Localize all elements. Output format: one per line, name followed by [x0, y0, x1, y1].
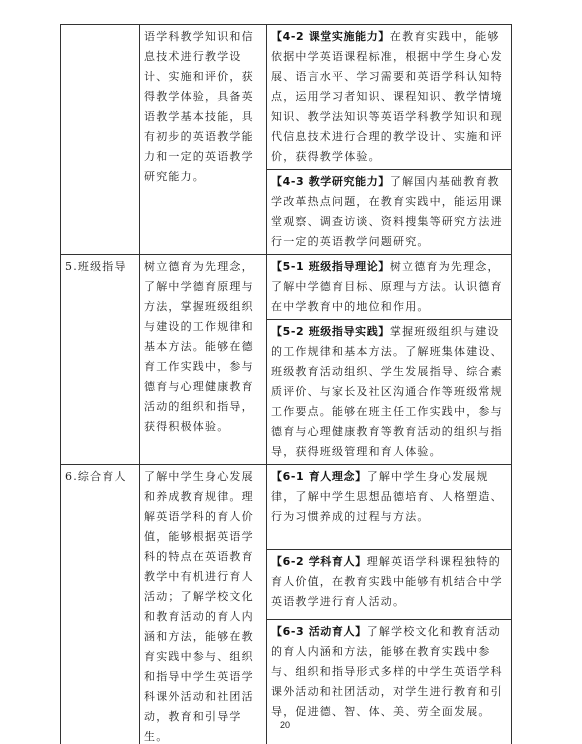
indicator-cell: 【5-1 班级指导理论】树立德育为先理念，了解中学德育目标、原理与方法。认识德育… [267, 255, 512, 320]
indicator-text: 了解学校文化和教育活动的育人内涵和方法，能够在教育实践中参与、组织和指导形式多样… [271, 625, 503, 718]
indicator-tag: 【4-2 课堂实施能力】 [271, 30, 390, 43]
requirement-cell: 了解中学生身心发展和养成教育规律。理解英语学科的育人价值，能够根据英语学科的特点… [140, 465, 267, 744]
indicator-cell: 【6-2 学科育人】理解英语学科课程独特的育人价值，在教育实践中能够有机结合中学… [267, 549, 512, 619]
category-cell: 5.班级指导 [61, 255, 140, 465]
indicator-tag: 【5-2 班级指导实践】 [271, 325, 390, 338]
indicator-tag: 【4-3 教学研究能力】 [271, 175, 390, 188]
table-row: 6.综合育人 了解中学生身心发展和养成教育规律。理解英语学科的育人价值，能够根据… [61, 465, 512, 550]
page-number: 20 [280, 720, 290, 730]
indicator-tag: 【5-1 班级指导理论】 [271, 260, 390, 273]
table-row: 5.班级指导 树立德育为先理念，了解中学德育原理与方法，掌握班级组织与建设的工作… [61, 255, 512, 320]
indicator-text: 掌握班级组织与建设的工作规律和基本方法。了解班集体建设、班级教育活动组织、学生发… [271, 325, 503, 458]
indicator-cell: 【6-3 活动育人】了解学校文化和教育活动的育人内涵和方法，能够在教育实践中参与… [267, 619, 512, 744]
indicator-cell: 【6-1 育人理念】了解中学生身心发展规律，了解中学生思想品德培育、人格塑造、行… [267, 465, 512, 550]
indicator-tag: 【6-3 活动育人】 [271, 625, 367, 638]
requirement-cell: 语学科教学知识和信息技术进行教学设计、实施和评价，获得教学体验，具备英语教学基本… [140, 25, 267, 255]
requirement-cell: 树立德育为先理念，了解中学德育原理与方法，掌握班级组织与建设的工作规律和基本方法… [140, 255, 267, 465]
category-cell [61, 25, 140, 255]
indicator-tag: 【6-2 学科育人】 [271, 555, 367, 568]
indicator-text: 在教育实践中，能够依据中学英语课程标准，根据中学生身心发展、语言水平、学习需要和… [271, 30, 503, 163]
category-cell: 6.综合育人 [61, 465, 140, 744]
graduation-requirements-table: 语学科教学知识和信息技术进行教学设计、实施和评价，获得教学体验，具备英语教学基本… [60, 24, 512, 744]
indicator-tag: 【6-1 育人理念】 [271, 470, 367, 483]
indicator-cell: 【4-3 教学研究能力】了解国内基础教育教学改革热点问题，在教育实践中，能运用课… [267, 170, 512, 255]
indicator-cell: 【4-2 课堂实施能力】在教育实践中，能够依据中学英语课程标准，根据中学生身心发… [267, 25, 512, 170]
table-row: 语学科教学知识和信息技术进行教学设计、实施和评价，获得教学体验，具备英语教学基本… [61, 25, 512, 170]
indicator-cell: 【5-2 班级指导实践】掌握班级组织与建设的工作规律和基本方法。了解班集体建设、… [267, 320, 512, 465]
